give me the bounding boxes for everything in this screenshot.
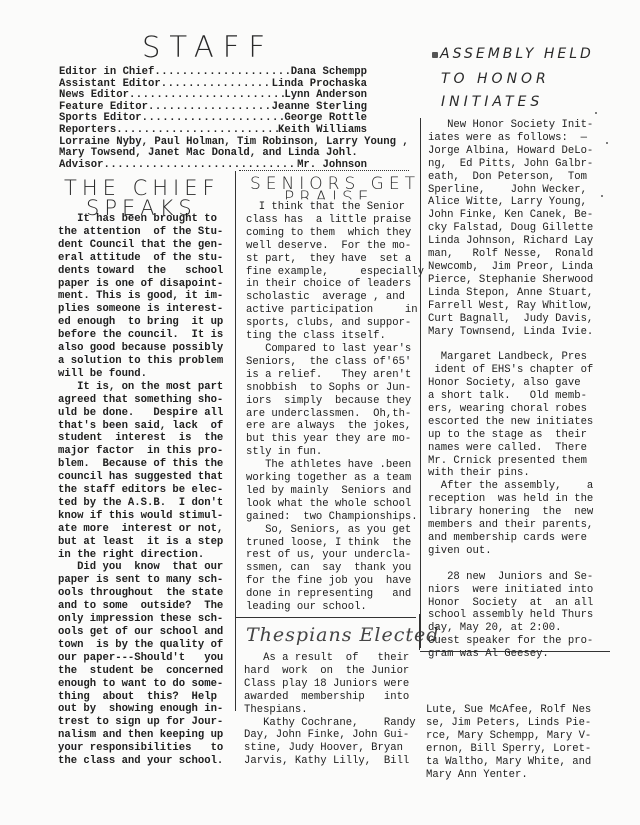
text-line: Lute, Sue McAfee, Rolf Nes	[426, 704, 606, 717]
text-line: paper is sent to many sch-	[58, 574, 234, 587]
text-line: our paper---Should't you	[58, 652, 234, 665]
text-line: eath, Don Peterson, Tom	[428, 171, 608, 184]
text-line: well deserve. For the mo-	[246, 240, 422, 253]
thespians-headline: Thespians Elected	[246, 624, 439, 646]
text-line: It has been brought to	[58, 213, 234, 226]
text-line: awarded membership into	[244, 691, 420, 704]
text-line: before the council. It is	[58, 329, 234, 342]
text-line: day, May 20, at 2:00.	[428, 622, 608, 635]
text-line: Mary Ann Yenter.	[426, 769, 606, 782]
text-line: the attention of the Stu-	[58, 226, 234, 239]
text-line	[428, 558, 608, 571]
text-line: scholastic average , and	[246, 291, 422, 304]
text-line: dents toward the school	[58, 265, 234, 278]
staff-role: Editor in Chief	[59, 67, 154, 79]
text-line: rce, Mary Schempp, Mary V-	[426, 730, 606, 743]
text-line: coming to them which they	[246, 227, 422, 240]
assembly-body: New Honor Society Init-iates were as fol…	[428, 119, 608, 661]
text-line: fine example, especially	[246, 266, 422, 279]
assembly-box-bottom	[420, 651, 610, 652]
text-line: escorted the new initiates	[428, 416, 608, 429]
text-line: ools throughout the state	[58, 587, 234, 600]
text-line: done in representing and	[246, 588, 422, 601]
text-line: class has a little praise	[246, 214, 422, 227]
seniors-body: I think that the Seniorclass has a littl…	[246, 201, 422, 614]
text-line: Mary Townsend, Linda Ivie.	[428, 326, 608, 339]
staff-name: Keith Williams	[278, 125, 367, 137]
text-line: After the assembly, a	[428, 480, 608, 493]
text-line: names were called. There	[428, 442, 608, 455]
text-line: Mr. Crnick presented them	[428, 455, 608, 468]
assembly-headline-3: INITIATES	[441, 95, 543, 109]
text-line: snobbish to Sophs or Jun-	[246, 382, 422, 395]
text-line: the class and your school.	[58, 755, 234, 768]
ink-speck	[595, 112, 597, 114]
assembly-headline-2: TO HONOR	[441, 72, 550, 86]
text-line: So, Seniors, as you get	[246, 524, 422, 537]
text-line: major factor in this pro-	[58, 445, 234, 458]
text-line: thing about this? Help	[58, 691, 234, 704]
text-line: your responsibilities to	[58, 742, 234, 755]
text-line: Farrell West, Ray Whitlow,	[428, 300, 608, 313]
text-line: members and their parents,	[428, 519, 608, 532]
staff-role: Reporters	[59, 125, 116, 137]
text-line: Seniors, the class of'65'	[246, 356, 422, 369]
thespians-body: As a result of theirhard work on the Jun…	[244, 652, 420, 768]
text-line: council has suggested that	[58, 471, 234, 484]
text-line: gained: two Championships.	[246, 511, 422, 524]
text-line: stly in fun.	[246, 446, 422, 459]
text-line: ting the class itself.	[246, 330, 422, 343]
staff-name: Dana Schempp	[291, 67, 367, 79]
text-line: Thespians.	[244, 704, 420, 717]
text-line: agreed that something sho-	[58, 394, 234, 407]
text-line: hard work on the Junior	[244, 665, 420, 678]
text-line: Newcomb, Jim Preor, Linda	[428, 261, 608, 274]
text-line: leading our school.	[246, 601, 422, 614]
text-line: ate more interest or not,	[58, 523, 234, 536]
text-line: ng, Ed Pitts, John Galbr-	[428, 158, 608, 171]
text-line	[428, 338, 608, 351]
text-line: active participation in	[246, 304, 422, 317]
text-line: working together as a team	[246, 472, 422, 485]
text-line: school assembly held Thurs	[428, 609, 608, 622]
text-line: look what the whole school	[246, 498, 422, 511]
text-line: ere are always the jokes,	[246, 420, 422, 433]
staff-row: Editor in Chief ........................…	[59, 67, 367, 79]
staff-list: Editor in Chief ........................…	[59, 67, 367, 171]
text-line: out by showing enough in-	[58, 703, 234, 716]
text-line: stine, Judy Hoover, Bryan	[244, 742, 420, 755]
text-line: truned loose, I think the	[246, 537, 422, 550]
text-line: but this year they are mo-	[246, 433, 422, 446]
text-line: I think that the Senior	[246, 201, 422, 214]
text-line: ssmen, can say thank you	[246, 562, 422, 575]
text-line: is a relief. They aren't	[246, 369, 422, 382]
text-line: Linda Stepon, Anne Stuart,	[428, 287, 608, 300]
text-line: in the right direction.	[58, 549, 234, 562]
text-line: The athletes have .been	[246, 459, 422, 472]
text-line: nalism and then keeping up	[58, 729, 234, 742]
ink-speck	[606, 142, 608, 144]
text-line: ted by the A.S.B. I don't	[58, 497, 234, 510]
text-line: also good because possibly	[58, 342, 234, 355]
reporters-line: Mary Towsend, Janet Mac Donald, and Lind…	[59, 148, 367, 160]
text-line: John Finke, Ken Canek, Be-	[428, 209, 608, 222]
text-line: As a result of their	[244, 652, 420, 665]
assembly-box-left	[420, 118, 421, 648]
text-line: only impression these sch-	[58, 613, 234, 626]
text-line: are underclassmen. Oh,th-	[246, 408, 422, 421]
text-line: Kathy Cochrane, Randy	[244, 717, 420, 730]
text-line: Alice Witte, Larry Young,	[428, 196, 608, 209]
text-line: blem. Because of this the	[58, 458, 234, 471]
text-line: in their choice of leaders	[246, 278, 422, 291]
text-line: iors simply because they	[246, 395, 422, 408]
text-line: eral attitude of the stu-	[58, 252, 234, 265]
text-line: Pierce, Stephanie Sherwood	[428, 274, 608, 287]
text-line: Honor Society, also gave	[428, 377, 608, 390]
text-line: Linda Johnson, Richard Lay	[428, 235, 608, 248]
text-line: Sperline, John Wecker,	[428, 184, 608, 197]
text-line: niors were initiated into	[428, 584, 608, 597]
text-line: Compared to last year's	[246, 343, 422, 356]
text-line: iates were as follows: —	[428, 132, 608, 145]
text-line: a short talk. Old memb-	[428, 390, 608, 403]
text-line: rest of us, your undercla-	[246, 549, 422, 562]
assembly-headline-1: ASSEMBLY HELD	[440, 47, 594, 61]
text-line: ools get of our school and	[58, 626, 234, 639]
text-line: but at least it is a step	[58, 536, 234, 549]
text-line: New Honor Society Init-	[428, 119, 608, 132]
text-line: ers, wearing choral robes	[428, 403, 608, 416]
text-line: Jarvis, Kathy Lilly, Bill	[244, 755, 420, 768]
ink-speck	[432, 52, 438, 58]
text-line: enough to want to do some-	[58, 678, 234, 691]
text-line: paper is one of disapoint-	[58, 278, 234, 291]
thespians-continued: Lute, Sue McAfee, Rolf Nesse, Jim Peters…	[426, 704, 606, 781]
text-line: sports, clubs, and suppor-	[246, 317, 422, 330]
text-line: town is by the quality of	[58, 639, 234, 652]
text-line: Class play 18 Juniors were	[244, 678, 420, 691]
text-line: uld be done. Despire all	[58, 407, 234, 420]
text-line: man, Rolf Nesse, Ronald	[428, 248, 608, 261]
section-divider	[239, 170, 409, 171]
text-line: with their pins.	[428, 467, 608, 480]
thespians-box-top	[236, 617, 416, 618]
text-line: the student be concerned	[58, 665, 234, 678]
text-line: and membership cards were	[428, 532, 608, 545]
text-line: will be found.	[58, 368, 234, 381]
column-divider	[235, 171, 236, 711]
text-line: Jorge Albina, Howard DeLo-	[428, 145, 608, 158]
text-line: student interest is the	[58, 432, 234, 445]
staff-role: Advisor	[59, 160, 104, 172]
staff-title: STAFF	[142, 33, 274, 62]
text-line: ment. This is good, it im-	[58, 290, 234, 303]
text-line: the staff editors be elec-	[58, 484, 234, 497]
text-line: ed enough to bring it up	[58, 316, 234, 329]
text-line: and to some outside? The	[58, 600, 234, 613]
text-line: Curt Bagnall, Judy Davis,	[428, 313, 608, 326]
text-line: ernon, Bill Sperry, Loret-	[426, 743, 606, 756]
ink-speck	[601, 195, 603, 197]
text-line: library honering the new	[428, 506, 608, 519]
text-line: Guest speaker for the pro-	[428, 635, 608, 648]
text-line: a solution to this problem	[58, 355, 234, 368]
text-line: Margaret Landbeck, Pres	[428, 351, 608, 364]
text-line: know if this would stimul-	[58, 510, 234, 523]
text-line: 28 new Juniors and Se-	[428, 571, 608, 584]
text-line: ident of EHS's chapter of	[428, 364, 608, 377]
text-line: plies someone is interest-	[58, 303, 234, 316]
text-line: that's been said, lack of	[58, 420, 234, 433]
text-line: dent Council that the gen-	[58, 239, 234, 252]
staff-row: Reporters...............................…	[59, 125, 367, 137]
text-line: given out.	[428, 545, 608, 558]
text-line: It is, on the most part	[58, 381, 234, 394]
text-line: ta Waltho, Mary White, and	[426, 756, 606, 769]
text-line: reception was held in the	[428, 493, 608, 506]
text-line: trest to sign up for Jour-	[58, 716, 234, 729]
text-line: up to the stage as their	[428, 429, 608, 442]
text-line: Did you know that our	[58, 561, 234, 574]
text-line: Honor Society at an all	[428, 597, 608, 610]
text-line: se, Jim Peters, Linds Pie-	[426, 717, 606, 730]
chief-speaks-body: It has been brought tothe attention of t…	[58, 213, 234, 768]
text-line: cky Falstad, Doug Gillette	[428, 222, 608, 235]
text-line: Day, John Finke, John Gui-	[244, 729, 420, 742]
text-line: st part, they have set a	[246, 253, 422, 266]
text-line: led by mainly Seniors and	[246, 485, 422, 498]
text-line: for the fine job you have	[246, 575, 422, 588]
